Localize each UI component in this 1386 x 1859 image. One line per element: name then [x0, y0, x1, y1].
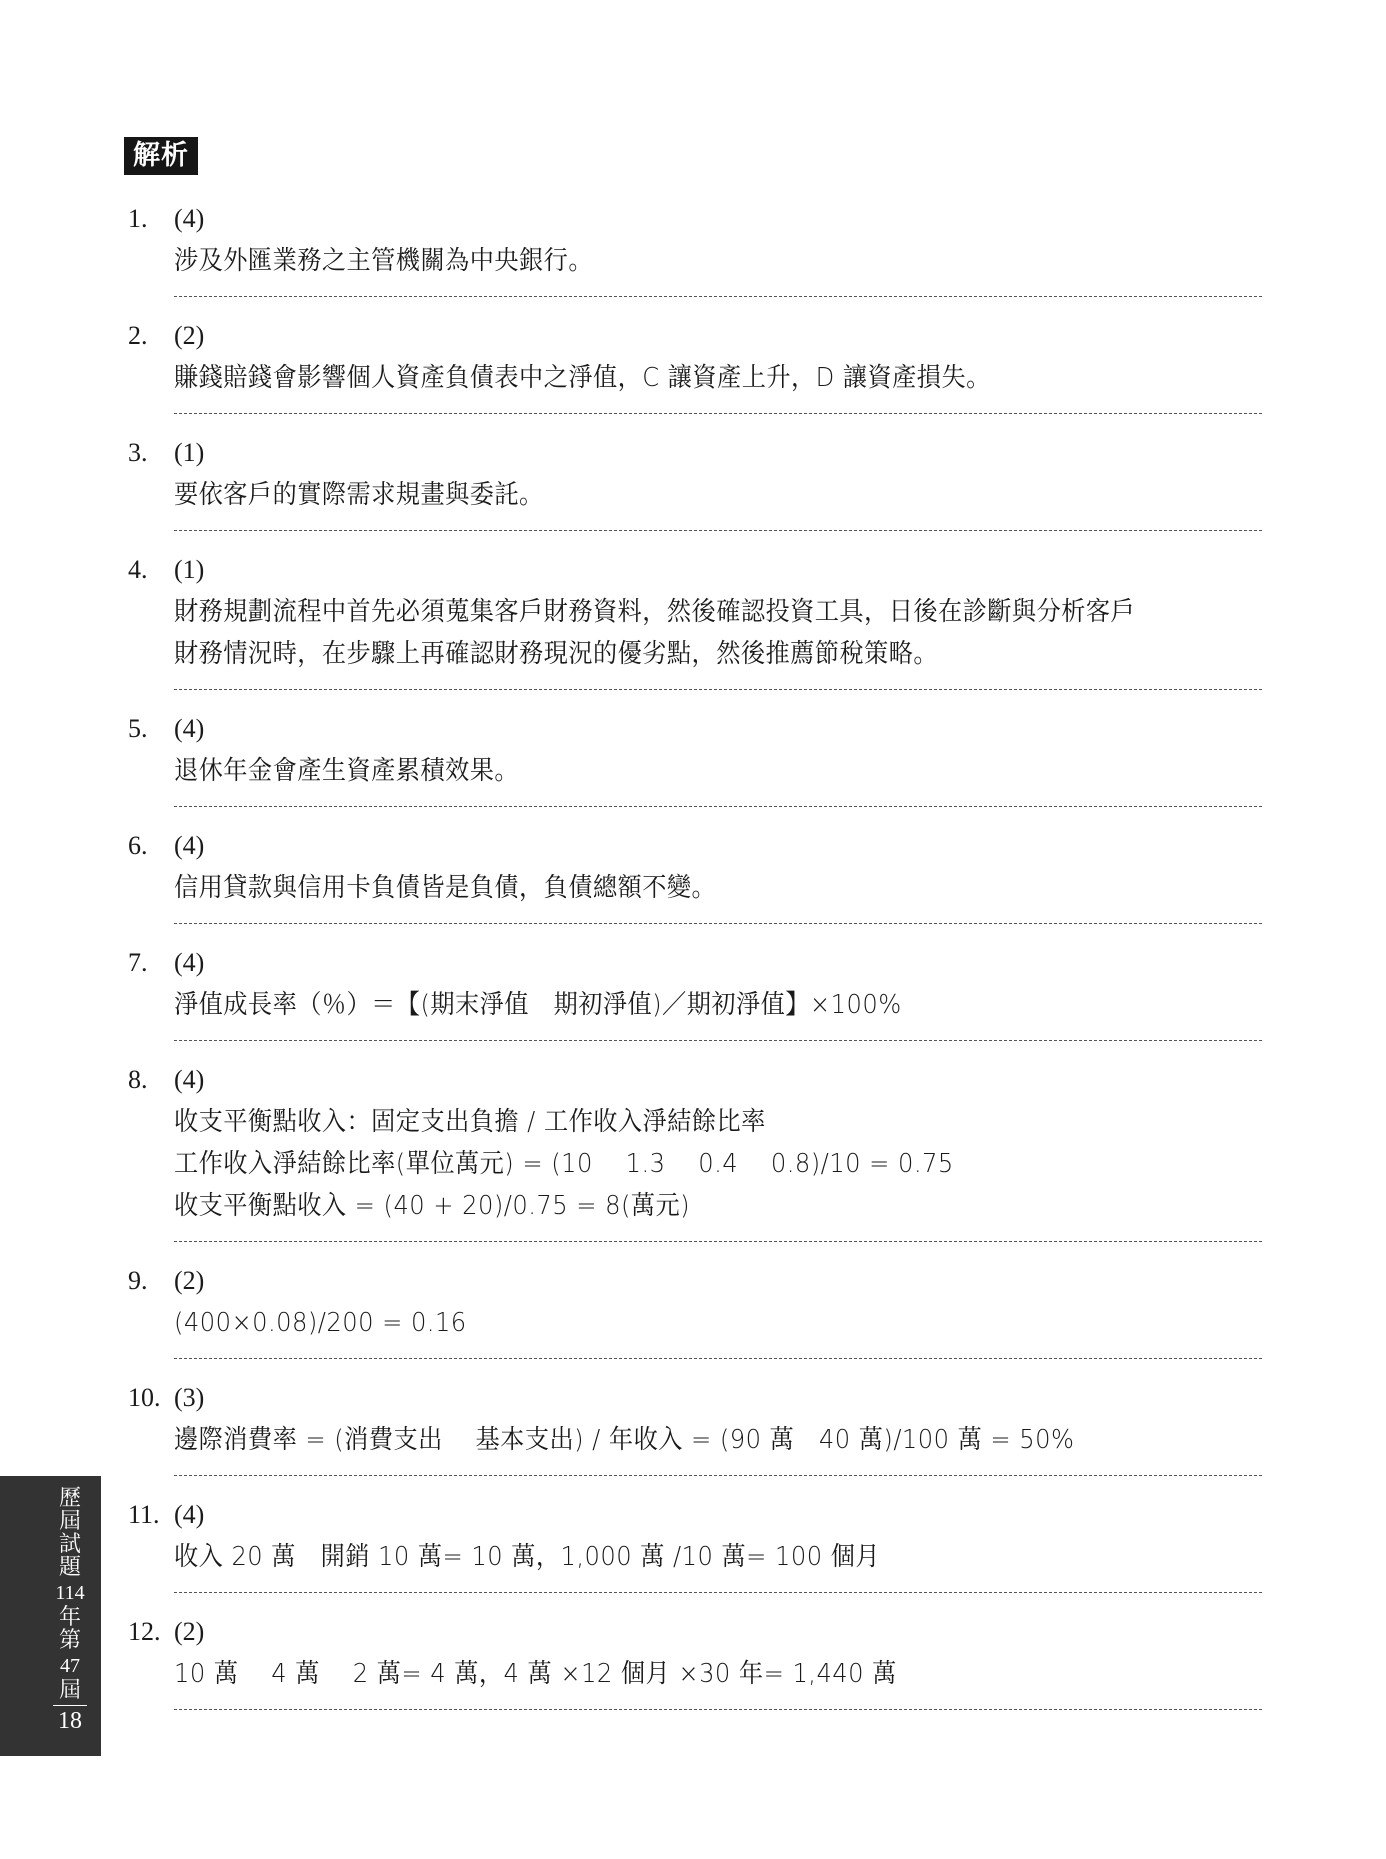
answer-header: 4.(1)	[174, 549, 1262, 591]
explanation-text: 淨值成長率（％）＝【(期末淨值 期初淨值)／期初淨值】×100%	[174, 984, 1186, 1026]
answer-choice: (2)	[174, 1260, 204, 1302]
answer-item: 9.(2)(400×0.08)/200 = 0.16	[174, 1260, 1262, 1359]
answer-header: 11.(4)	[174, 1494, 1262, 1536]
answer-choice: (1)	[174, 432, 204, 474]
answer-item: 12.(2)10 萬 4 萬 2 萬= 4 萬，4 萬 ×12 個月 ×30 年…	[174, 1611, 1262, 1710]
explanation-text: 收支平衡點收入：固定支出負擔 / 工作收入淨結餘比率	[174, 1101, 1186, 1143]
explanation-text: 收入 20 萬 開銷 10 萬= 10 萬，1,000 萬 /10 萬= 100…	[174, 1536, 1186, 1578]
answer-item: 4.(1)財務規劃流程中首先必須蒐集客戶財務資料，然後確認投資工具，日後在診斷與…	[174, 549, 1262, 690]
question-number: 3.	[128, 432, 148, 474]
answer-header: 12.(2)	[174, 1611, 1262, 1653]
answer-header: 2.(2)	[174, 315, 1262, 357]
answer-choice: (2)	[174, 1611, 204, 1653]
side-tab-year: 114	[53, 1582, 87, 1605]
answer-item: 8.(4)收支平衡點收入：固定支出負擔 / 工作收入淨結餘比率工作收入淨結餘比率…	[174, 1059, 1262, 1242]
answer-header: 9.(2)	[174, 1260, 1262, 1302]
document-page: 解析 1.(4)涉及外匯業務之主管機關為中央銀行。2.(2)賺錢賠錢會影響個人資…	[0, 0, 1386, 1859]
explanation-text: 涉及外匯業務之主管機關為中央銀行。	[174, 240, 1186, 282]
answer-item: 6.(4)信用貸款與信用卡負債皆是負債，負債總額不變。	[174, 825, 1262, 924]
explanation-text: 退休年金會產生資產累積效果。	[174, 750, 1186, 792]
side-tab-session-unit: 屆	[53, 1678, 87, 1701]
question-number: 6.	[128, 825, 148, 867]
side-tab-year-unit: 年	[53, 1605, 87, 1628]
question-number: 2.	[128, 315, 148, 357]
answer-choice: (2)	[174, 315, 204, 357]
explanation-text: 信用貸款與信用卡負債皆是負債，負債總額不變。	[174, 867, 1186, 909]
answer-item: 10.(3)邊際消費率 = (消費支出 基本支出) / 年收入 = (90 萬 …	[174, 1377, 1262, 1476]
explanation-text: (400×0.08)/200 = 0.16	[174, 1302, 1186, 1344]
answer-header: 6.(4)	[174, 825, 1262, 867]
answer-item: 3.(1)要依客戶的實際需求規畫與委託。	[174, 432, 1262, 531]
answer-choice: (1)	[174, 549, 204, 591]
side-tab-title-char: 屆	[53, 1509, 87, 1532]
page-number: 18	[53, 1708, 87, 1734]
answer-choice: (3)	[174, 1377, 204, 1419]
explanation-text: 收支平衡點收入 = (40 + 20)/0.75 = 8(萬元)	[174, 1185, 1186, 1227]
answer-item: 5.(4)退休年金會產生資產累積效果。	[174, 708, 1262, 807]
section-heading-badge: 解析	[124, 137, 198, 175]
answer-item: 2.(2)賺錢賠錢會影響個人資產負債表中之淨值，C 讓資產上升，D 讓資產損失。	[174, 315, 1262, 414]
page-number-rule	[53, 1705, 87, 1706]
question-number: 10.	[128, 1377, 161, 1419]
answer-header: 1.(4)	[174, 198, 1262, 240]
answer-list: 1.(4)涉及外匯業務之主管機關為中央銀行。2.(2)賺錢賠錢會影響個人資產負債…	[128, 198, 1262, 1728]
answer-header: 8.(4)	[174, 1059, 1262, 1101]
answer-choice: (4)	[174, 1059, 204, 1101]
question-number: 12.	[128, 1611, 161, 1653]
side-tab-title-char: 題	[53, 1555, 87, 1578]
explanation-text: 財務規劃流程中首先必須蒐集客戶財務資料，然後確認投資工具，日後在診斷與分析客戶	[174, 591, 1186, 633]
answer-header: 5.(4)	[174, 708, 1262, 750]
answer-choice: (4)	[174, 942, 204, 984]
question-number: 5.	[128, 708, 148, 750]
side-tab-session: 47	[53, 1655, 87, 1678]
question-number: 11.	[128, 1494, 160, 1536]
answer-header: 3.(1)	[174, 432, 1262, 474]
question-number: 1.	[128, 198, 148, 240]
explanation-text: 工作收入淨結餘比率(單位萬元) = (10 1.3 0.4 0.8)/10 = …	[174, 1143, 1186, 1185]
explanation-text: 10 萬 4 萬 2 萬= 4 萬，4 萬 ×12 個月 ×30 年= 1,44…	[174, 1653, 1186, 1695]
explanation-text: 財務情況時，在步驟上再確認財務現況的優劣點，然後推薦節稅策略。	[174, 633, 1186, 675]
question-number: 7.	[128, 942, 148, 984]
side-tab: 歷 屆 試 題 114 年 第 47 屆 18	[0, 1476, 101, 1756]
question-number: 9.	[128, 1260, 148, 1302]
answer-choice: (4)	[174, 198, 204, 240]
explanation-text: 要依客戶的實際需求規畫與委託。	[174, 474, 1186, 516]
side-tab-title-char: 歷	[53, 1486, 87, 1509]
answer-choice: (4)	[174, 708, 204, 750]
answer-item: 11.(4)收入 20 萬 開銷 10 萬= 10 萬，1,000 萬 /10 …	[174, 1494, 1262, 1593]
answer-item: 1.(4)涉及外匯業務之主管機關為中央銀行。	[174, 198, 1262, 297]
explanation-text: 賺錢賠錢會影響個人資產負債表中之淨值，C 讓資產上升，D 讓資產損失。	[174, 357, 1186, 399]
side-tab-content: 歷 屆 試 題 114 年 第 47 屆 18	[53, 1486, 87, 1734]
answer-choice: (4)	[174, 1494, 204, 1536]
side-tab-title-char: 試	[53, 1532, 87, 1555]
question-number: 8.	[128, 1059, 148, 1101]
question-number: 4.	[128, 549, 148, 591]
answer-header: 10.(3)	[174, 1377, 1262, 1419]
explanation-text: 邊際消費率 = (消費支出 基本支出) / 年收入 = (90 萬 40 萬)/…	[174, 1419, 1186, 1461]
answer-choice: (4)	[174, 825, 204, 867]
side-tab-session-prefix: 第	[53, 1628, 87, 1651]
answer-header: 7.(4)	[174, 942, 1262, 984]
answer-item: 7.(4)淨值成長率（％）＝【(期末淨值 期初淨值)／期初淨值】×100%	[174, 942, 1262, 1041]
